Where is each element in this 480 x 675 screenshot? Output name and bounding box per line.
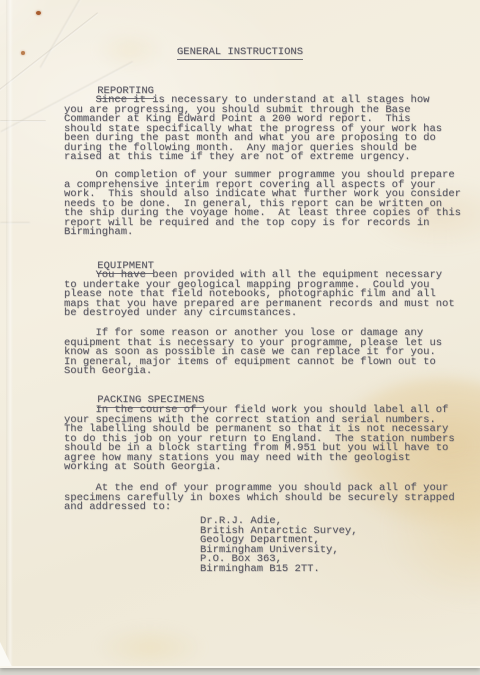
horizontal-crease (0, 222, 30, 224)
bottom-faint-stain (95, 625, 205, 668)
left-edge-fold (6, 0, 13, 666)
document-title: GENERAL INSTRUCTIONS (0, 41, 480, 60)
reporting-paragraph-2: On completion of your summer programme y… (64, 171, 461, 238)
equipment-paragraph-2: If for some reason or another you lose o… (64, 329, 442, 377)
lower-right-stain (388, 455, 480, 605)
document-title-text: GENERAL INSTRUCTIONS (177, 48, 303, 60)
rust-spot (36, 11, 41, 15)
equipment-paragraph-1: You have been provided with all the equi… (64, 271, 455, 319)
scanned-document-page: GENERAL INSTRUCTIONS REPORTING Since it … (0, 0, 480, 668)
reporting-paragraph-1: Since it is necessary to understand at a… (64, 96, 442, 163)
packing-paragraph-2: At the end of your programme you should … (64, 484, 455, 513)
bottom-left-paper-edge (0, 642, 16, 668)
mailing-address-block: Dr.R.J. Adie, British Antarctic Survey, … (200, 517, 358, 574)
packing-paragraph-1: In the course of your field work you sho… (64, 406, 455, 473)
horizontal-crease (0, 120, 46, 122)
